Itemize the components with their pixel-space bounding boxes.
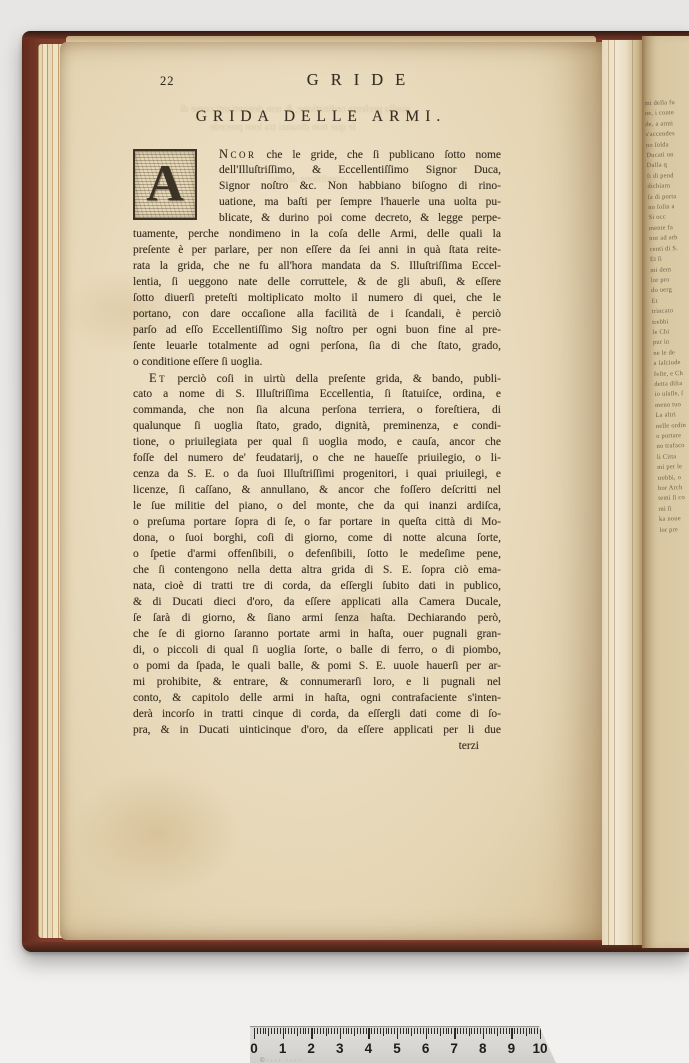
text-line: tuamente, perche nondimeno in la coſa de…: [133, 226, 501, 242]
text-line: commanda, che non ſia alcuna perſona ter…: [133, 402, 501, 418]
text-line: ſe ſarà di giorno, & ſiano armi ſenza ha…: [133, 610, 501, 626]
text-line: o conditione eſſere ſi uoglia.: [133, 354, 501, 370]
text-line: mi prohibite, & entrare, & connumerarſi …: [133, 674, 501, 690]
ruler-number: 7: [450, 1041, 458, 1056]
ruler-number: 9: [508, 1041, 516, 1056]
text-line: pra, & in Ducati uinticinque d'oro, da e…: [133, 722, 501, 738]
text-line: cenza da S. E. o da ſuoi Illuſtriſſimi p…: [133, 466, 501, 482]
body-text: A Ncor che le gride, che ſi publicano ſo…: [133, 146, 501, 738]
page-title: GRIDA DELLE ARMI.: [130, 108, 512, 126]
paragraph-2: Et perciò coſi in uirtù della preſente g…: [133, 370, 501, 738]
paragraph-2-lines: cato a nome di S. Illuſtriſſima Eccellen…: [133, 386, 501, 738]
ruler-number: 8: [479, 1041, 487, 1056]
text-line: portano, con dare occaſione alla facilit…: [133, 306, 501, 322]
ruler: 012345678910 ©···· ····: [250, 1026, 556, 1063]
text-line: o pomi da ſpada, le quali balle, & pomi …: [133, 658, 501, 674]
ruler-number: 5: [393, 1041, 401, 1056]
text-line: & di Ducati dieci d'oro, da eſſere appli…: [133, 594, 501, 610]
text-line: le ſue militie del piano, o del monte, c…: [133, 498, 501, 514]
text-line: ſotto diuerſi preteſti moltiplicato molt…: [133, 290, 501, 306]
text-line: conto, & capitolo delle armi in haſta, o…: [133, 690, 501, 706]
text-line: tione, o priuilegiata per qual ſi uoglia…: [133, 434, 501, 450]
text-line: o preſuma portare ſopra di ſe, o far por…: [133, 514, 501, 530]
text-line: o ſpetie d'armi offenſibili, o defenſibi…: [133, 546, 501, 562]
text-line: ſente leuarle totalmente ad ogni perſona…: [133, 338, 501, 354]
folio-number: 22: [160, 74, 175, 89]
text-line: cato a nome di S. Illuſtriſſima Eccellen…: [133, 386, 501, 402]
text-line: parſo ad eſſo Eccellentiſſimo Sig noſtro…: [133, 322, 501, 338]
paragraph-text: perciò coſi in uirtù della preſente grid…: [178, 373, 501, 385]
ruler-number: 4: [365, 1041, 373, 1056]
text-line: che ſe di giorno ſaranno portate armi in…: [133, 626, 501, 642]
ruler-number: 10: [532, 1041, 547, 1056]
text-line: licenze, ſi caſſano, & annullano, & anco…: [133, 482, 501, 498]
text-line: di, o piccoli di qual ſi uoglia ſorte, o…: [133, 642, 501, 658]
ruler-number: 1: [279, 1041, 287, 1056]
text-line: dona, o ſuoi borghi, coſi di giorno, com…: [133, 530, 501, 546]
paragraph-text: che le gride, che ſi publicano ſotto nom…: [266, 149, 501, 161]
ruler-number: 2: [307, 1041, 315, 1056]
ruler-number: 6: [422, 1041, 430, 1056]
text-line: no trafaco: [656, 440, 689, 452]
text-line: temi ſi co: [658, 492, 689, 504]
woodcut-initial: A: [133, 146, 219, 224]
drop-cap-letter: A: [146, 176, 184, 192]
ruler-brand-text: ©···· ····: [260, 1058, 302, 1063]
ruler-number: 0: [250, 1041, 258, 1056]
running-head: GRIDE: [238, 70, 474, 90]
text-line: che ſi contengono nella detta altra grid…: [133, 562, 501, 578]
paragraph-1: A Ncor che le gride, che ſi publicano ſo…: [133, 146, 501, 370]
catchword: terzi: [133, 740, 501, 752]
text-line: foſſe del numero de' feudatarij, o che n…: [133, 450, 501, 466]
text-line: derà incorſo in tratti cinque di corda, …: [133, 706, 501, 722]
text-line: nelle ordin: [656, 419, 689, 431]
text-line: qualunque ſi uoglia ſtato, grado, dignit…: [133, 418, 501, 434]
paragraph-lead: Ncor: [219, 147, 257, 161]
recto-text-fragments: mi della fune, i contede, a armis'accend…: [644, 97, 689, 536]
paragraph-lead: Et: [149, 371, 167, 385]
paragraph-2-first-line: Et perciò coſi in uirtù della preſente g…: [133, 370, 501, 386]
text-line: lentia, ſi ueggono nate delle corruttele…: [133, 274, 501, 290]
ruler-number: 3: [336, 1041, 344, 1056]
fore-edge: [602, 40, 642, 945]
text-line: rata la grida, che ne fu all'hora mandat…: [133, 258, 501, 274]
recto-page: mi della fune, i contede, a armis'accend…: [642, 36, 689, 948]
text-line: nata, cioè di tratti tre di corda, da eſ…: [133, 578, 501, 594]
text-line: preſente è per parlare, per non eſſere d…: [133, 242, 501, 258]
text-line: lor pre: [659, 523, 689, 535]
